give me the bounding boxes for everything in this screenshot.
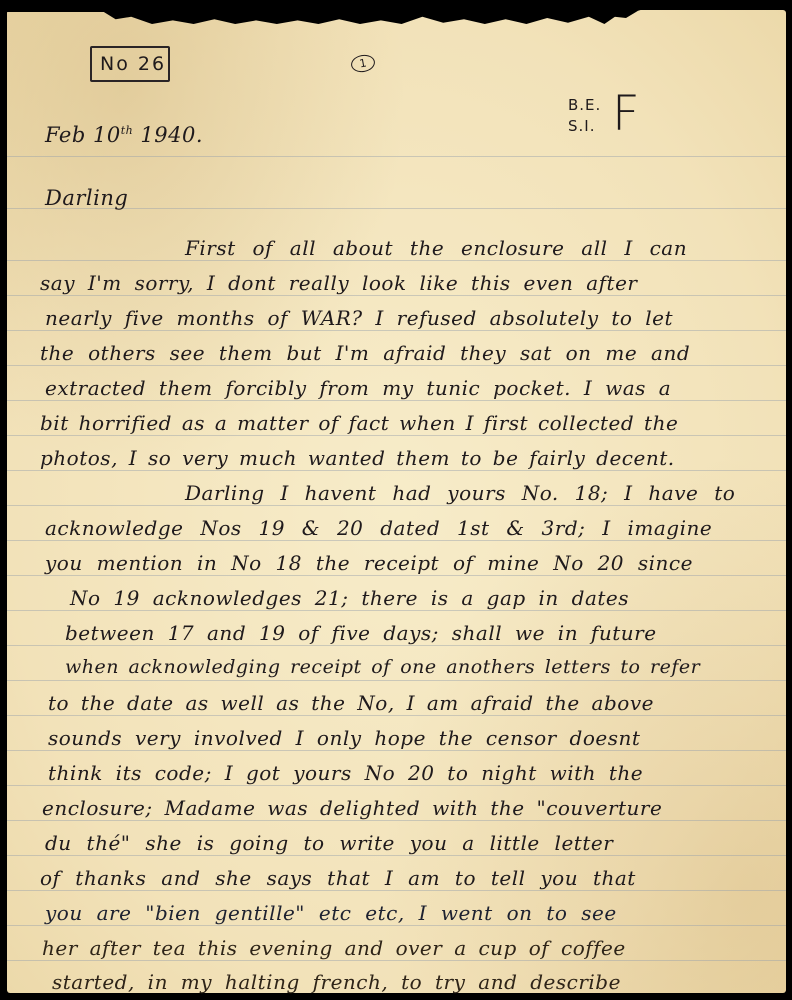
address-line-2: S.I. [568,116,601,137]
ruled-line [7,960,786,961]
letter-line: the others see them but I'm afraid they … [40,343,690,363]
ruled-line [7,330,786,331]
letter-line: started, in my halting french, to try an… [52,972,621,992]
ruled-line [7,470,786,471]
letter-line: extracted them forcibly from my tunic po… [45,378,671,398]
letter-line: you mention in No 18 the receipt of mine… [45,553,693,573]
ruled-line [7,855,786,856]
letter-line: say I'm sorry, I dont really look like t… [40,273,637,293]
letter-line: to the date as well as the No, I am afra… [48,693,654,713]
letter-line: between 17 and 19 of five days; shall we… [65,623,657,643]
ruled-line [7,435,786,436]
ruled-line [7,820,786,821]
letter-line: you are "bien gentille" etc etc, I went … [45,903,617,923]
letter-number: No 26 [100,53,166,75]
letter-line: think its code; I got yours No 20 to nig… [48,763,643,783]
ruled-line [7,715,786,716]
ruled-line [7,540,786,541]
ruled-line [7,610,786,611]
letter-line: Darling I havent had yours No. 18; I hav… [185,483,735,503]
ruled-line [7,575,786,576]
address-letter: F [612,90,640,138]
letter-line: du thé" she is going to write you a litt… [45,833,613,853]
letter-line: nearly five months of WAR? I refused abs… [45,308,673,328]
ruled-line [7,645,786,646]
address-block: B.E. S.I. [568,95,601,137]
date-suffix: th [121,124,134,137]
salutation: Darling [45,188,128,209]
letter-line: her after tea this evening and over a cu… [42,938,626,958]
letter-number-box: No 26 [90,46,170,82]
torn-edge [0,0,110,12]
ruled-line [7,785,786,786]
ruled-line [7,295,786,296]
letter-line: when acknowledging receipt of one anothe… [65,658,700,677]
letter-line: acknowledge Nos 19 & 20 dated 1st & 3rd;… [45,518,712,538]
letter-date: Feb 10th 1940. [45,125,203,146]
letter-line: enclosure; Madame was delighted with the… [42,798,662,818]
ruled-line [7,925,786,926]
letter-line: photos, I so very much wanted them to be… [40,448,675,468]
letter-line: sounds very involved I only hope the cen… [48,728,640,748]
letter-line: No 19 acknowledges 21; there is a gap in… [70,588,629,608]
ruled-line [7,156,786,157]
letter-line: of thanks and she says that I am to tell… [40,868,636,888]
ruled-line [7,505,786,506]
letter-line: bit horrified as a matter of fact when I… [40,413,678,433]
date-year: 1940. [140,123,203,147]
address-line-1: B.E. [568,95,601,116]
ruled-line [7,365,786,366]
date-day: Feb 10 [45,123,121,147]
ruled-line [7,680,786,681]
ruled-line [7,750,786,751]
letter-line: First of all about the enclosure all I c… [185,238,687,258]
ruled-line [7,400,786,401]
ruled-line [7,260,786,261]
ruled-line [7,890,786,891]
